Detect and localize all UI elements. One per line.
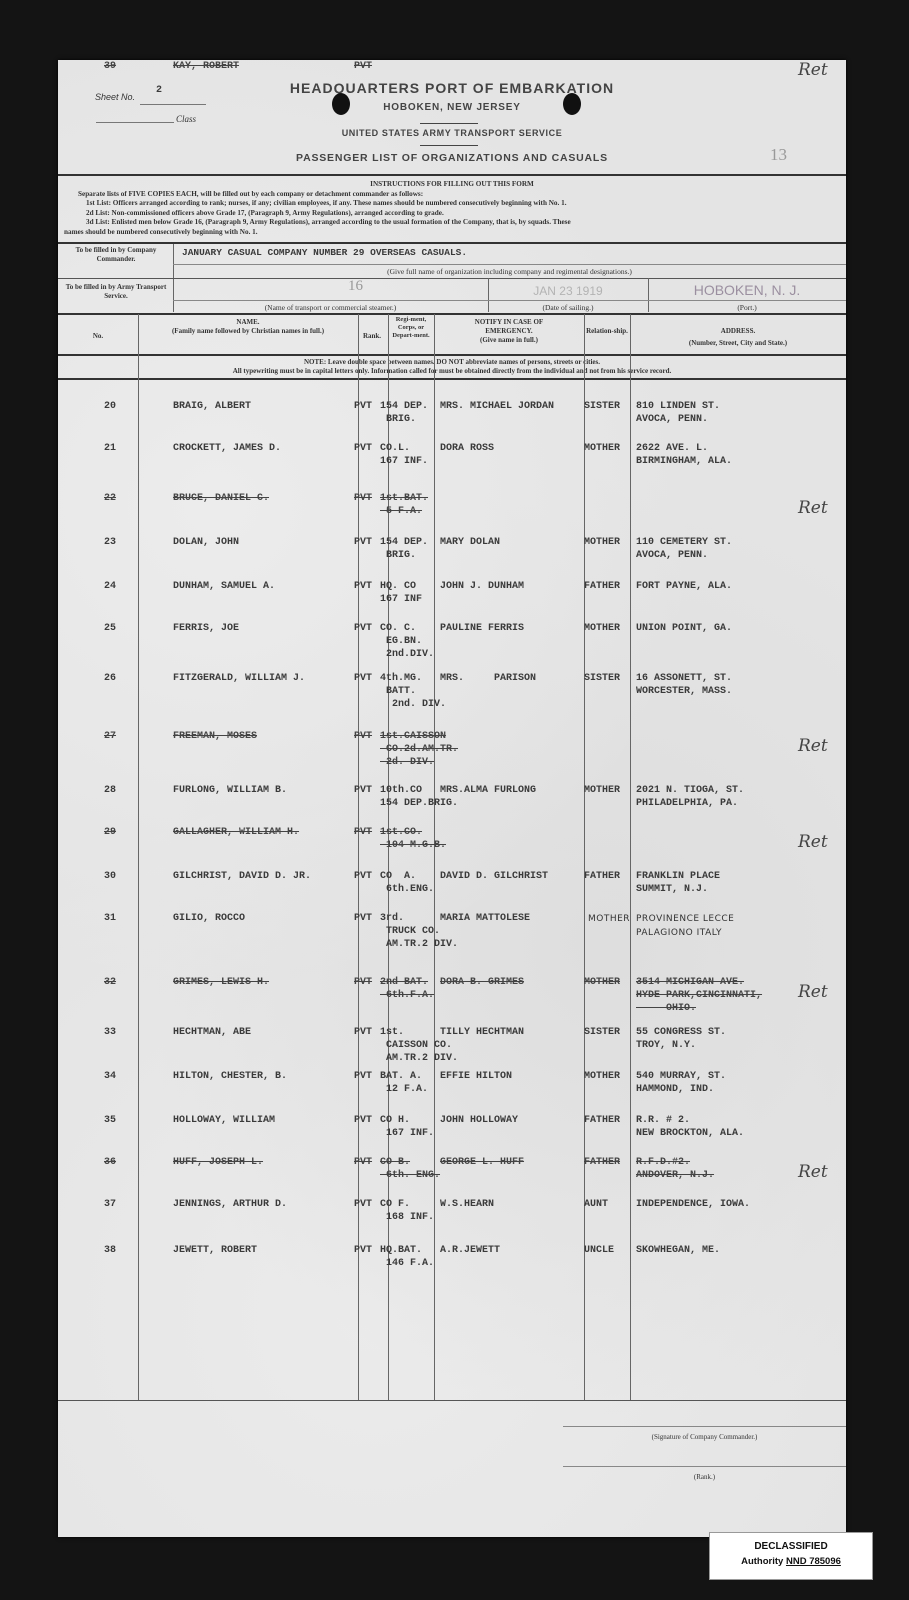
emergency-contact: JOHN HOLLOWAY [440, 1114, 518, 1127]
col-header-notify: NOTIFY IN CASE OF EMERGENCY. (Give name … [434, 318, 584, 345]
passenger-unit: CO.L. 167 INF. [380, 442, 428, 468]
relationship: MOTHER [584, 622, 620, 635]
column-header-top-rule [58, 313, 846, 315]
address: PROVINENCE LECCE PALAGIONO ITALY [636, 912, 734, 940]
note-line-2: All typewriting must be in capital lette… [58, 367, 846, 376]
emergency-contact: PAULINE FERRIS [440, 622, 524, 635]
passenger-unit: 1st.CO. 104 M.G.B. [380, 826, 446, 852]
passenger-name: GILIO, ROCCO [173, 912, 245, 925]
instructions-heading: INSTRUCTIONS FOR FILLING OUT THIS FORM [64, 180, 840, 190]
company-section-label: To be filled in by Company Commander. [62, 246, 170, 264]
passenger-rank: PVT [354, 1114, 372, 1127]
passenger-rank: PVT [354, 400, 372, 413]
passenger-name: JEWETT, ROBERT [173, 1244, 257, 1257]
address: 540 MURRAY, ST. HAMMOND, IND. [636, 1070, 726, 1096]
col-divider-relationship [630, 314, 631, 1400]
relationship: MOTHER [584, 784, 620, 797]
header-rule [58, 174, 846, 176]
row-number: 27 [104, 730, 116, 743]
transport-section-label: To be filled in by Army Transport Servic… [62, 283, 170, 301]
passenger-unit: 154 DEP. BRIG. [380, 536, 428, 562]
row-number: 39 [104, 60, 116, 73]
passenger-unit: CO F. 168 INF. [380, 1198, 434, 1224]
port-stamp: HOBOKEN, N. J. [648, 282, 846, 298]
header-divider-1 [420, 123, 478, 124]
passenger-unit: CO A. 6th.ENG. [380, 870, 434, 896]
signature-line [563, 1426, 846, 1427]
initials-mark: Ret [798, 498, 828, 518]
address: UNION POINT, GA. [636, 622, 732, 635]
row-number: 30 [104, 870, 116, 883]
passenger-rank: PVT [354, 672, 372, 685]
row-number: 33 [104, 1026, 116, 1039]
relationship: SISTER [584, 400, 620, 413]
header-service: UNITED STATES ARMY TRANSPORT SERVICE [58, 128, 846, 138]
date-caption: (Date of sailing.) [488, 303, 648, 312]
row-number: 24 [104, 580, 116, 593]
passenger-name: DOLAN, JOHN [173, 536, 239, 549]
emergency-contact: EFFIE HILTON [440, 1070, 512, 1083]
passenger-rank: PVT [354, 784, 372, 797]
instructions-rule [58, 242, 846, 244]
organization-field: JANUARY CASUAL COMPANY NUMBER 29 OVERSEA… [182, 246, 467, 259]
address: 110 CEMETERY ST. AVOCA, PENN. [636, 536, 732, 562]
passenger-rank: PVT [354, 1070, 372, 1083]
emergency-contact: DORA B. GRIMES [440, 976, 524, 989]
passenger-rank: PVT [354, 60, 372, 73]
relationship: UNCLE [584, 1244, 614, 1257]
passenger-name: HILTON, CHESTER, B. [173, 1070, 287, 1083]
passenger-rank: PVT [354, 870, 372, 883]
address: 2021 N. TIOGA, ST. PHILADELPHIA, PA. [636, 784, 744, 810]
col-header-name: NAME. (Family name followed by Christian… [138, 318, 358, 336]
passenger-rank: PVT [354, 536, 372, 549]
passenger-name: GALLAGHER, WILLIAM H. [173, 826, 299, 839]
passenger-list-form: Sheet No. 2 Class HEADQUARTERS PORT OF E… [58, 60, 846, 1537]
col-header-address-title: ADDRESS. [630, 325, 846, 337]
col-header-rank: Rank. [358, 332, 386, 340]
passenger-rank: PVT [354, 580, 372, 593]
col-divider-no [138, 314, 139, 1400]
header-location: HOBOKEN, NEW JERSEY [58, 102, 846, 113]
column-header-bottom-rule [58, 354, 846, 356]
relationship: SISTER [584, 672, 620, 685]
passenger-rank: PVT [354, 1156, 372, 1169]
declassified-title: DECLASSIFIED [710, 1541, 872, 1552]
col-divider-notify [584, 314, 585, 1400]
passenger-name: BRUCE, DANIEL C. [173, 492, 269, 505]
section-rule [58, 278, 846, 279]
emergency-contact: W.S.HEARN [440, 1198, 494, 1211]
row-number: 32 [104, 976, 116, 989]
relationship: MOTHER [584, 976, 620, 989]
row-number: 25 [104, 622, 116, 635]
passenger-rank: PVT [354, 1026, 372, 1039]
passenger-name: KAY, ROBERT [173, 60, 239, 73]
passenger-name: GRIMES, LEWIS H. [173, 976, 269, 989]
passenger-rank: PVT [354, 492, 372, 505]
passenger-unit: CO. C. EG.BN. 2nd.DIV. [380, 622, 434, 661]
table-bottom-rule [58, 1400, 846, 1401]
row-number: 20 [104, 400, 116, 413]
passenger-name: HOLLOWAY, WILLIAM [173, 1114, 275, 1127]
col-divider-rank [388, 314, 389, 1400]
relationship: AUNT [584, 1198, 608, 1211]
emergency-contact: TILLY HECHTMAN [440, 1026, 524, 1039]
signature-caption: (Signature of Company Commander.) [563, 1433, 846, 1441]
initials-mark: Ret [798, 832, 828, 852]
emergency-contact: A.R.JEWETT [440, 1244, 500, 1257]
instructions-line: 2d List: Non-commissioned officers above… [64, 209, 840, 219]
authority-label: Authority [741, 1556, 783, 1567]
address: R.F.D.#2. ANDOVER, N.J. [636, 1156, 714, 1182]
passenger-name: FREEMAN, MOSES [173, 730, 257, 743]
instructions-line: Separate lists of FIVE COPIES EACH, will… [64, 190, 840, 200]
transport-underline [173, 300, 846, 301]
relationship: SISTER [584, 1026, 620, 1039]
relationship: MOTHER [584, 1070, 620, 1083]
address: SKOWHEGAN, ME. [636, 1244, 720, 1257]
passenger-unit: BAT. A. 12 F.A. [380, 1070, 428, 1096]
passenger-unit: CO B. 6th. ENG. [380, 1156, 440, 1182]
emergency-contact: GEORGE L. HUFF [440, 1156, 524, 1169]
relationship: FATHER [584, 580, 620, 593]
row-number: 38 [104, 1244, 116, 1257]
row-number: 22 [104, 492, 116, 505]
relationship: MOTHER [588, 914, 630, 924]
passenger-name: CROCKETT, JAMES D. [173, 442, 281, 455]
row-number: 23 [104, 536, 116, 549]
emergency-contact: MRS.ALMA FURLONG [440, 784, 536, 797]
passenger-rank: PVT [354, 730, 372, 743]
instructions-block: INSTRUCTIONS FOR FILLING OUT THIS FORM S… [64, 180, 840, 237]
note-line-1: NOTE: Leave double space between names. … [58, 358, 846, 367]
address: 55 CONGRESS ST. TROY, N.Y. [636, 1026, 726, 1052]
note-rule [58, 378, 846, 380]
address: 2622 AVE. L. BIRMINGHAM, ALA. [636, 442, 732, 468]
emergency-contact: MARY DOLAN [440, 536, 500, 549]
passenger-unit: 4th.MG. BATT. 2nd. DIV. [380, 672, 446, 711]
passenger-name: HECHTMAN, ABE [173, 1026, 251, 1039]
passenger-name: JENNINGS, ARTHUR D. [173, 1198, 287, 1211]
emergency-contact: MRS. MICHAEL JORDAN [440, 400, 554, 413]
initials-mark: Ret [798, 982, 828, 1002]
emergency-contact: MRS. PARISON [440, 672, 536, 685]
passenger-rank: PVT [354, 442, 372, 455]
emergency-contact: DORA ROSS [440, 442, 494, 455]
passenger-rank: PVT [354, 976, 372, 989]
port-caption: (Port.) [648, 303, 846, 312]
initials-mark: Ret [798, 1162, 828, 1182]
relationship: MOTHER [584, 442, 620, 455]
organization-caption: (Give full name of organization includin… [173, 267, 846, 276]
passenger-rank: PVT [354, 1244, 372, 1257]
emergency-contact: JOHN J. DUNHAM [440, 580, 524, 593]
passenger-name: GILCHRIST, DAVID D. JR. [173, 870, 311, 883]
instructions-line: names should be numbered consecutively b… [64, 228, 840, 238]
authority-value: NND 785096 [786, 1556, 841, 1567]
instructions-line: 3d List: Enlisted men below Grade 16, (P… [64, 218, 840, 228]
row-number: 37 [104, 1198, 116, 1211]
col-header-regiment: Regi-ment, Corps, or Depart-ment. [388, 316, 434, 340]
col-divider-name [358, 314, 359, 1400]
row-number: 34 [104, 1070, 116, 1083]
initials-mark: Ret [798, 736, 828, 756]
col-divider-regiment [434, 314, 435, 1400]
declassified-stamp: DECLASSIFIED Authority NND 785096 [709, 1532, 873, 1580]
row-number: 35 [104, 1114, 116, 1127]
row-number: 21 [104, 442, 116, 455]
col-header-address: ADDRESS. (Number, Street, City and State… [630, 325, 846, 349]
address: FRANKLIN PLACE SUMMIT, N.J. [636, 870, 720, 896]
address: 810 LINDEN ST. AVOCA, PENN. [636, 400, 720, 426]
col-header-address-sub: (Number, Street, City and State.) [630, 337, 846, 349]
transport-field: 16 [348, 278, 363, 295]
address: INDEPENDENCE, IOWA. [636, 1198, 750, 1211]
passenger-name: FERRIS, JOE [173, 622, 239, 635]
col-header-no: No. [58, 332, 138, 340]
date-of-sailing-stamp: JAN 23 1919 [488, 284, 648, 298]
row-number: 36 [104, 1156, 116, 1169]
passenger-name: BRAIG, ALBERT [173, 400, 251, 413]
initials-mark: Ret [798, 60, 828, 80]
header-divider-2 [420, 145, 478, 146]
header-title: HEADQUARTERS PORT OF EMBARKATION [58, 80, 846, 96]
rank-caption: (Rank.) [563, 1473, 846, 1481]
passenger-unit: HQ.BAT. 146 F.A. [380, 1244, 434, 1270]
class-label: Class [176, 114, 196, 124]
form-title: PASSENGER LIST OF ORGANIZATIONS AND CASU… [58, 152, 846, 164]
row-number: 31 [104, 912, 116, 925]
rank-line [563, 1466, 846, 1467]
passenger-unit: HQ. CO 167 INF [380, 580, 422, 606]
instructions-line: 1st List: Officers arranged according to… [64, 199, 840, 209]
passenger-unit: CO H. 167 INF. [380, 1114, 434, 1140]
passenger-unit: 2nd BAT. 6th.F.A. [380, 976, 434, 1002]
emergency-contact: MARIA MATTOLESE [440, 912, 530, 925]
passenger-rank: PVT [354, 912, 372, 925]
relationship: FATHER [584, 870, 620, 883]
col-header-notify-sub: (Give name in full.) [434, 336, 584, 345]
declassified-authority: Authority NND 785096 [710, 1556, 872, 1567]
passenger-rank: PVT [354, 622, 372, 635]
passenger-name: DUNHAM, SAMUEL A. [173, 580, 275, 593]
col-header-name-title: NAME. [138, 318, 358, 327]
relationship: FATHER [584, 1156, 620, 1169]
relationship: FATHER [584, 1114, 620, 1127]
row-number: 29 [104, 826, 116, 839]
emergency-contact: DAVID D. GILCHRIST [440, 870, 548, 883]
row-number: 28 [104, 784, 116, 797]
passenger-rank: PVT [354, 1198, 372, 1211]
class-line [96, 122, 174, 123]
passenger-name: FURLONG, WILLIAM B. [173, 784, 287, 797]
address: 16 ASSONETT, ST. WORCESTER, MASS. [636, 672, 732, 698]
passenger-name: FITZGERALD, WILLIAM J. [173, 672, 305, 685]
passenger-rank: PVT [354, 826, 372, 839]
org-underline [173, 264, 846, 265]
address: 3514 MICHIGAN AVE. HYDE PARK,CINCINNATI,… [636, 976, 762, 1015]
page-number: 13 [770, 145, 787, 165]
row-number: 26 [104, 672, 116, 685]
col-header-name-sub: (Family name followed by Christian names… [138, 327, 358, 336]
passenger-unit: 154 DEP. BRIG. [380, 400, 428, 426]
passenger-name: HUFF, JOSEPH L. [173, 1156, 263, 1169]
col-header-relationship: Relation-ship. [584, 325, 630, 337]
address: R.R. # 2. NEW BROCKTON, ALA. [636, 1114, 744, 1140]
transport-caption: (Name of transport or commercial steamer… [173, 303, 488, 312]
col-header-notify-title: NOTIFY IN CASE OF EMERGENCY. [434, 318, 584, 336]
note-block: NOTE: Leave double space between names. … [58, 358, 846, 376]
relationship: MOTHER [584, 536, 620, 549]
passenger-unit: 1st.CAISSON CO.2d.AM.TR. 2d. DIV. [380, 730, 458, 769]
address: FORT PAYNE, ALA. [636, 580, 732, 593]
passenger-unit: 1st.BAT. 5 F.A. [380, 492, 428, 518]
